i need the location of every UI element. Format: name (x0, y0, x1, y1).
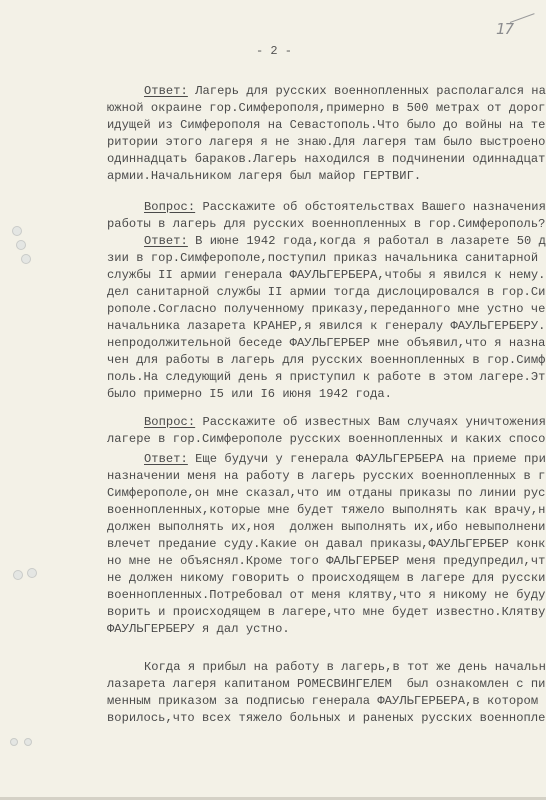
line-text: службы II армии генерала ФАУЛЬГЕРБЕРА,чт… (107, 268, 546, 282)
punch-hole (13, 570, 23, 580)
line-text: лазарета лагеря капитаном РОМЕСВИНГЕЛЕМ … (107, 677, 546, 691)
line-text: военнопленных,которые мне будет тяжело в… (107, 503, 546, 517)
text-line: непродолжительной беседе ФАУЛЬГЕРБЕР мне… (107, 335, 546, 352)
line-text: Расскажите об обстоятельствах Вашего наз… (195, 200, 546, 214)
text-line: идущей из Симферополя на Севастополь.Что… (107, 117, 546, 134)
text-line: было примерно I5 или I6 июня 1942 года. (107, 386, 392, 403)
line-text: менным приказом за подписью генерала ФАУ… (107, 694, 546, 708)
text-line: военнопленных.Потребовал от меня клятву,… (107, 587, 546, 604)
document-page: 17 - 2 - Ответ: Лагерь для русских военн… (0, 0, 546, 800)
text-line: Вопрос: Расскажите об известных Вам случ… (144, 414, 546, 431)
text-line: ворить и происходящем в лагере,что мне б… (107, 604, 545, 621)
answer-label: Ответ: (144, 452, 188, 466)
text-line: военнопленных,которые мне будет тяжело в… (107, 502, 546, 519)
line-text: идущей из Симферополя на Севастополь.Что… (107, 118, 546, 132)
line-text: поль.На следующий день я приступил к раб… (107, 370, 546, 384)
line-text: зии в гор.Симферополе,поступил приказ на… (107, 251, 538, 265)
line-text: влечет предание суду.Какие он давал прик… (107, 537, 546, 551)
line-text: чен для работы в лагерь для русских воен… (107, 353, 546, 367)
text-line: Когда я прибыл на работу в лагерь,в тот … (144, 659, 546, 676)
text-line: должен выполнять их,ноя должен выполнять… (107, 519, 546, 536)
line-text: рополе.Согласно полученному приказу,пере… (107, 302, 546, 316)
line-text: В июне 1942 года,когда я работал в лазар… (188, 234, 546, 248)
line-text: дел санитарной службы II армии тогда дис… (107, 285, 546, 299)
line-text: Симферополе,он мне сказал,что им отданы … (107, 486, 546, 500)
line-text: работы в лагерь для русских военнопленны… (107, 217, 545, 231)
line-text: одиннадцать бараков.Лагерь находился в п… (107, 152, 546, 166)
text-line: лазарета лагеря капитаном РОМЕСВИНГЕЛЕМ … (107, 676, 546, 693)
text-line: армии.Начальником лагеря был майор ГЕРТВ… (107, 168, 421, 185)
punch-hole (24, 738, 32, 746)
text-line: ФАУЛЬГЕРБЕРУ я дал устно. (107, 621, 290, 638)
text-line: рополе.Согласно полученному приказу,пере… (107, 301, 546, 318)
punch-hole (16, 240, 26, 250)
text-line: Ответ: В июне 1942 года,когда я работал … (144, 233, 546, 250)
line-text: ворилось,что всех тяжело больных и ранен… (107, 711, 546, 725)
line-text: непродолжительной беседе ФАУЛЬГЕРБЕР мне… (107, 336, 546, 350)
text-line: одиннадцать бараков.Лагерь находился в п… (107, 151, 546, 168)
answer-label: Ответ: (144, 84, 188, 98)
text-line: Ответ: Лагерь для русских военнопленных … (144, 83, 546, 100)
text-line: зии в гор.Симферополе,поступил приказ на… (107, 250, 538, 267)
text-line: лагере в гор.Симферополе русских военноп… (107, 431, 546, 448)
line-text: военнопленных.Потребовал от меня клятву,… (107, 588, 546, 602)
line-text: начальника лазарета КРАНЕР,я явился к ге… (107, 319, 546, 333)
line-text: назначении меня на работу в лагерь русск… (107, 469, 546, 483)
question-label: Вопрос: (144, 415, 195, 429)
text-line: влечет предание суду.Какие он давал прик… (107, 536, 546, 553)
line-text: но мне не объяснял.Кроме того ФАЛЬГЕРБЕР… (107, 554, 546, 568)
text-line: не должен никому говорить о происходящем… (107, 570, 546, 587)
line-text: южной окраине гор.Симферополя,примерно в… (107, 101, 546, 115)
text-line: чен для работы в лагерь для русских воен… (107, 352, 546, 369)
line-text: ритории этого лагеря я не знаю.Для лагер… (107, 135, 545, 149)
text-line: менным приказом за подписью генерала ФАУ… (107, 693, 546, 710)
answer-label: Ответ: (144, 234, 188, 248)
line-text: Еще будучи у генерала ФАУЛЬГЕРБЕРА на пр… (188, 452, 546, 466)
line-text: не должен никому говорить о происходящем… (107, 571, 546, 585)
text-line: Симферополе,он мне сказал,что им отданы … (107, 485, 546, 502)
handwritten-stroke (510, 13, 535, 23)
text-line: но мне не объяснял.Кроме того ФАЛЬГЕРБЕР… (107, 553, 546, 570)
line-text: Лагерь для русских военнопленных распола… (188, 84, 546, 98)
line-text: должен выполнять их,ноя должен выполнять… (107, 520, 546, 534)
page-number: - 2 - (256, 44, 292, 58)
text-line: службы II армии генерала ФАУЛЬГЕРБЕРА,чт… (107, 267, 546, 284)
punch-hole (27, 568, 37, 578)
line-text: лагере в гор.Симферополе русских военноп… (107, 432, 546, 446)
text-line: ворилось,что всех тяжело больных и ранен… (107, 710, 546, 727)
punch-hole (21, 254, 31, 264)
text-line: работы в лагерь для русских военнопленны… (107, 216, 545, 233)
text-line: Вопрос: Расскажите об обстоятельствах Ва… (144, 199, 546, 216)
text-line: назначении меня на работу в лагерь русск… (107, 468, 546, 485)
text-line: ритории этого лагеря я не знаю.Для лагер… (107, 134, 545, 151)
text-line: поль.На следующий день я приступил к раб… (107, 369, 546, 386)
text-line: южной окраине гор.Симферополя,примерно в… (107, 100, 546, 117)
line-text: ФАУЛЬГЕРБЕРУ я дал устно. (107, 622, 290, 636)
line-text: Расскажите об известных Вам случаях унич… (195, 415, 546, 429)
line-text: ворить и происходящем в лагере,что мне б… (107, 605, 545, 619)
question-label: Вопрос: (144, 200, 195, 214)
text-line: Ответ: Еще будучи у генерала ФАУЛЬГЕРБЕР… (144, 451, 546, 468)
text-line: начальника лазарета КРАНЕР,я явился к ге… (107, 318, 546, 335)
line-text: армии.Начальником лагеря был майор ГЕРТВ… (107, 169, 421, 183)
text-line: дел санитарной службы II армии тогда дис… (107, 284, 546, 301)
line-text: Когда я прибыл на работу в лагерь,в тот … (144, 660, 546, 674)
punch-hole (10, 738, 18, 746)
punch-hole (12, 226, 22, 236)
line-text: было примерно I5 или I6 июня 1942 года. (107, 387, 392, 401)
